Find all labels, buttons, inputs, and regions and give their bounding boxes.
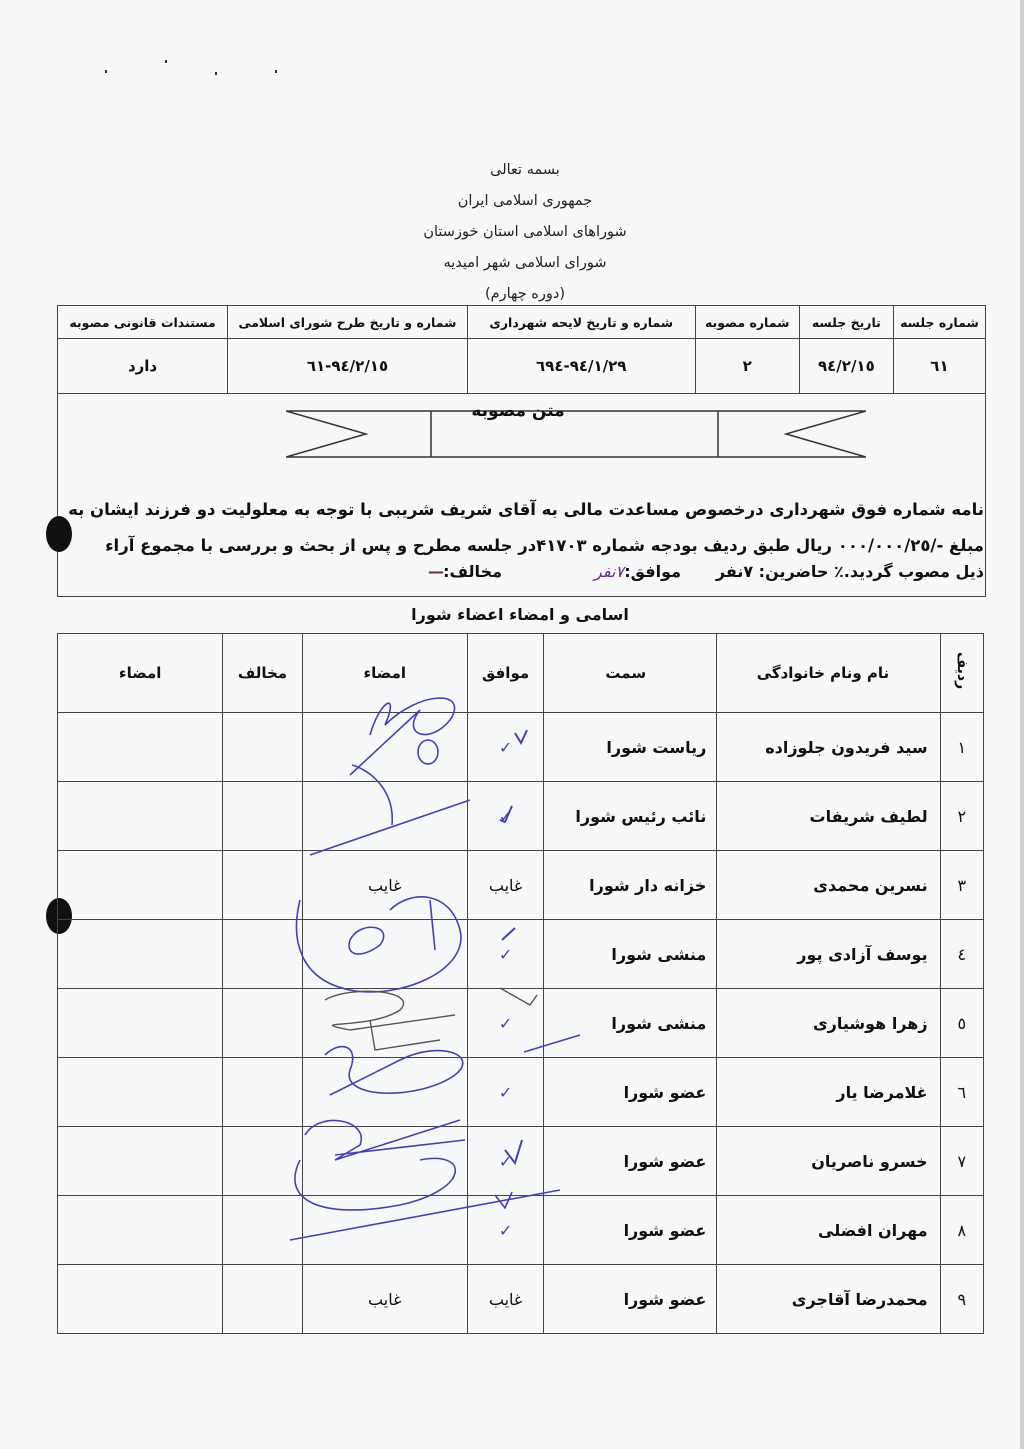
meta-council-plan: ٩٤/٢/١٥-٦١ [228,339,468,394]
table-row: ٤ یوسف آزادی پور منشی شورا ✓ [58,920,984,989]
member-name: لطیف شریفات [717,782,940,851]
table-row: ١ سید فریدون جلوزاده ریاست شورا ✓ [58,713,984,782]
header-name: نام ونام خانوادگی [717,634,940,713]
oppose-cell [223,1196,302,1265]
meta-header-row: شماره جلسه تاریخ جلسه شماره مصوبه شماره … [58,306,986,339]
member-role: منشی شورا [544,920,717,989]
signature-cell-2 [58,1127,223,1196]
header-signature-2: امضاء [58,634,223,713]
table-row: ٩ محمدرضا آقاجری عضو شورا غایب غایب [58,1265,984,1334]
oppose-value-handwritten: — [428,562,444,581]
session-metadata-table: شماره جلسه تاریخ جلسه شماره مصوبه شماره … [57,305,986,394]
oppose-cell [223,782,302,851]
header-role: سمت [544,634,717,713]
meta-resolution-no: ٢ [695,339,799,394]
agree-checkmark: ✓ [467,1058,543,1127]
meta-session-date: ٩٤/٢/١٥ [799,339,893,394]
row-index: ٣ [940,851,983,920]
member-role: ریاست شورا [544,713,717,782]
member-role: نائب رئیس شورا [544,782,717,851]
row-index: ٩ [940,1265,983,1334]
table-row: ٣ نسرین محمدی خزانه دار شورا غایب غایب [58,851,984,920]
member-role: عضو شورا [544,1196,717,1265]
member-name: سید فریدون جلوزاده [717,713,940,782]
punch-hole-icon [46,516,72,552]
members-section-title: اسامی و امضاء اعضاء شورا [360,605,680,624]
header-line-city-council: شورای اسلامی شهر امیدیه [380,248,670,279]
member-name: یوسف آزادی پور [717,920,940,989]
oppose-cell [223,1127,302,1196]
resolution-body: نامه شماره فوق شهرداری درخصوص مساعدت مال… [64,492,984,564]
member-role: عضو شورا [544,1127,717,1196]
row-index: ٥ [940,989,983,1058]
row-index: ١ [940,713,983,782]
member-role: عضو شورا [544,1058,717,1127]
meta-value-row: ٦١ ٩٤/٢/١٥ ٢ ٩٤/١/٢٩-٦٩٤ ٩٤/٢/١٥-٦١ دارد [58,339,986,394]
signature-cell-2 [58,920,223,989]
resolution-line-1: نامه شماره فوق شهرداری درخصوص مساعدت مال… [64,492,984,528]
header-signature: امضاء [302,634,467,713]
members-table: ردیف نام ونام خانوادگی سمت موافق امضاء م… [57,633,984,1334]
signature-cell [302,1058,467,1127]
scan-edge [1020,0,1024,1449]
table-row: ٨ مهران افضلی عضو شورا ✓ [58,1196,984,1265]
member-name: نسرین محمدی [717,851,940,920]
row-index: ٢ [940,782,983,851]
member-role: عضو شورا [544,1265,717,1334]
agree-checkmark: ✓ [467,989,543,1058]
meta-header-session-date: تاریخ جلسه [799,306,893,339]
scan-specks [100,40,300,90]
absent-mark: غایب [467,1265,543,1334]
absent-mark: غایب [302,1265,467,1334]
agree-checkmark: ✓ [467,920,543,989]
signature-cell [302,989,467,1058]
meta-legal-docs: دارد [58,339,228,394]
signature-cell-2 [58,782,223,851]
table-row: ٧ خسرو ناصریان عضو شورا ✓ [58,1127,984,1196]
oppose-cell [223,713,302,782]
member-role: خزانه دار شورا [544,851,717,920]
header-agree: موافق [467,634,543,713]
table-row: ٥ زهرا هوشیاری منشی شورا ✓ [58,989,984,1058]
signature-cell-2 [58,1058,223,1127]
signature-cell-2 [58,1196,223,1265]
member-name: زهرا هوشیاری [717,989,940,1058]
member-name: محمدرضا آقاجری [717,1265,940,1334]
letterhead: بسمه تعالی جمهوری اسلامی ایران شوراهای ا… [380,155,670,310]
meta-header-session-no: شماره جلسه [893,306,985,339]
table-row: ٦ غلامرضا یار عضو شورا ✓ [58,1058,984,1127]
meta-session-no: ٦١ [893,339,985,394]
oppose-cell [223,1058,302,1127]
resolution-banner-title: متن مصوبه [374,401,662,421]
oppose-cell [223,920,302,989]
signature-cell [302,782,467,851]
agree-checkmark: ✓ [467,1196,543,1265]
agree-checkmark: ✓ [467,713,543,782]
meta-municipal-bill: ٩٤/١/٢٩-٦٩٤ [467,339,695,394]
member-role: منشی شورا [544,989,717,1058]
row-index: ٨ [940,1196,983,1265]
agree-checkmark: ✓ [467,782,543,851]
meta-header-municipal-bill: شماره و تاریخ لایحه شهرداری [467,306,695,339]
signature-cell [302,1196,467,1265]
members-header-row: ردیف نام ونام خانوادگی سمت موافق امضاء م… [58,634,984,713]
signature-cell-2 [58,851,223,920]
member-name: مهران افضلی [717,1196,940,1265]
row-index: ٧ [940,1127,983,1196]
signature-cell [302,1127,467,1196]
signature-cell-2 [58,1265,223,1334]
member-name: خسرو ناصریان [717,1127,940,1196]
meta-header-legal-docs: مستندات قانونی مصوبه [58,306,228,339]
table-row: ٢ لطیف شریفات نائب رئیس شورا ✓ [58,782,984,851]
meta-header-resolution-no: شماره مصوبه [695,306,799,339]
absent-mark: غایب [302,851,467,920]
row-index: ٤ [940,920,983,989]
header-oppose: مخالف [223,634,302,713]
meta-header-council-plan: شماره و تاریخ طرح شورای اسلامی [228,306,468,339]
agree-checkmark: ✓ [467,1127,543,1196]
header-line-province-council: شوراهای اسلامی استان خوزستان [380,217,670,248]
signature-cell [302,920,467,989]
signature-cell [302,713,467,782]
oppose-cell [223,851,302,920]
header-line-invocation: بسمه تعالی [380,155,670,186]
resolution-line-3: ذیل مصوب گردید.٪ حاضرین: ٧نفر [716,562,984,581]
member-name: غلامرضا یار [717,1058,940,1127]
oppose-cell [223,1265,302,1334]
agree-value-handwritten: ٧نفر [594,562,624,581]
agree-label: موافق: [624,562,681,581]
row-index: ٦ [940,1058,983,1127]
oppose-cell [223,989,302,1058]
oppose-label: مخالف: [443,562,502,581]
header-index: ردیف [940,634,983,713]
signature-cell-2 [58,713,223,782]
header-line-country: جمهوری اسلامی ایران [380,186,670,217]
signature-cell-2 [58,989,223,1058]
resolution-line-2: مبلغ -/٠٠٠/٠٠٠/٢٥ ریال طبق ردیف بودجه شم… [64,528,984,564]
absent-mark: غایب [467,851,543,920]
